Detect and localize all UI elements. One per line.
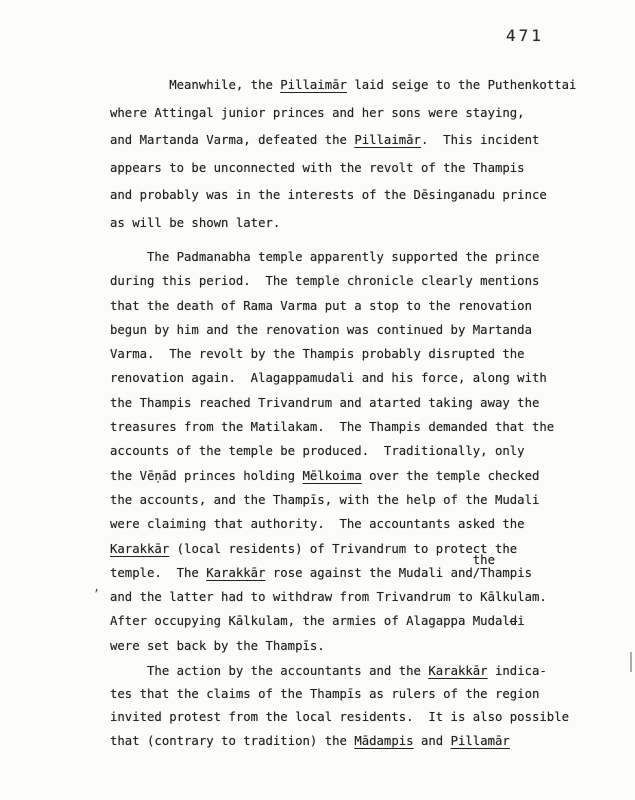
text-line: begun by him and the renovation was cont… [110, 318, 590, 342]
underlined-term: Pillamār [451, 734, 510, 748]
text-run: appears to be unconnected with the revol… [110, 161, 525, 175]
text-run: the Vēṇād princes holding [110, 469, 303, 483]
text-run: that the death of Rama Varma put a stop … [110, 299, 532, 313]
text-line: accounts of the temple be produced. Trad… [110, 439, 590, 463]
text-line: renovation again. Alagappamudali and his… [110, 366, 590, 390]
text-run: accounts of the temple be produced. Trad… [110, 444, 525, 458]
text-run: Varma. The revolt by the Thampis probabl… [110, 347, 525, 361]
page-number: 471 [506, 26, 544, 45]
underlined-term: Pillaimār [280, 78, 347, 92]
text-run: temple. The [110, 566, 206, 580]
text-run: the Thampis reached Trivandrum and atart… [110, 396, 539, 410]
text-line: the Vēṇād princes holding Mēlkoima over … [110, 464, 590, 488]
text-line: The Padmanabha temple apparently support… [110, 245, 590, 269]
margin-stray-mark: , [93, 580, 100, 594]
text-line: the Thampis reached Trivandrum and atart… [110, 391, 590, 415]
text-run: as will be shown later. [110, 216, 280, 230]
text-run: renovation again. Alagappamudali and his… [110, 371, 547, 385]
text-line: the accounts, and the Thampīs, with the … [110, 488, 590, 512]
text-run: over the temple checked [362, 469, 540, 483]
text-line: as will be shown later. [110, 210, 590, 238]
text-run: were claiming that authority. The accoun… [110, 517, 525, 531]
underlined-term: Karakkār [428, 664, 487, 678]
underlined-term: Pillaimār [354, 133, 421, 147]
text-run: Meanwhile, the [110, 78, 280, 92]
text-line: were set back by the Thampīs. [110, 634, 590, 658]
text-run: indica- [488, 664, 547, 678]
underlined-term: Karakkār [110, 542, 169, 556]
text-run: where Attingal junior princes and her so… [110, 106, 525, 120]
text-run: invited protest from the local residents… [110, 710, 569, 724]
text-line: and probably was in the interests of the… [110, 182, 590, 210]
text-run: that (contrary to tradition) the [110, 734, 354, 748]
text-block: Meanwhile, the Pillaimār laid seige to t… [110, 72, 590, 753]
paragraph: The action by the accountants and the Ka… [110, 660, 590, 753]
text-line: Varma. The revolt by the Thampis probabl… [110, 342, 590, 366]
text-line: during this period. The temple chronicle… [110, 269, 590, 293]
underlined-term: Mēlkoima [303, 469, 362, 483]
text-run: the accounts, and the Thampīs, with the … [110, 493, 539, 507]
text-run: . This incident [421, 133, 539, 147]
text-line: appears to be unconnected with the revol… [110, 155, 590, 183]
text-line: where Attingal junior princes and her so… [110, 100, 590, 128]
text-line: Meanwhile, the Pillaimār laid seige to t… [110, 72, 590, 100]
text-run: were set back by the Thampīs. [110, 639, 325, 653]
text-line: treasures from the Matilakam. The Thampi… [110, 415, 590, 439]
text-run: begun by him and the renovation was cont… [110, 323, 532, 337]
underlined-term: Karakkār [206, 566, 265, 580]
text-run: and the latter had to withdraw from Triv… [110, 590, 547, 604]
text-run: treasures from the Matilakam. The Thampi… [110, 420, 554, 434]
text-run: during this period. The temple chronicle… [110, 274, 539, 288]
text-run: and [414, 734, 451, 748]
text-line: that (contrary to tradition) the Mādampi… [110, 730, 590, 753]
inserted-word: the [473, 548, 495, 572]
underlined-term: Mādampis [354, 734, 413, 748]
text-line: tes that the claims of the Thampīs as ru… [110, 683, 590, 706]
text-run: laid seige to the Puthenkottai [347, 78, 577, 92]
scan-artifact [630, 652, 632, 672]
text-line: After occupying Kālkulam, the armies of … [110, 609, 590, 633]
text-run: i [517, 614, 524, 628]
text-line: and the latter had to withdraw from Triv… [110, 585, 590, 609]
text-run: tes that the claims of the Thampīs as ru… [110, 687, 539, 701]
paragraph: The Padmanabha temple apparently support… [110, 245, 590, 658]
text-run: The action by the accountants and the [110, 664, 428, 678]
text-run: After occupying Kālkulam, the armies of … [110, 614, 510, 628]
text-run: rose against the Mudali and [265, 566, 472, 580]
text-line: and Martanda Varma, defeated the Pillaim… [110, 127, 590, 155]
text-line: invited protest from the local residents… [110, 706, 590, 729]
paragraph: Meanwhile, the Pillaimār laid seige to t… [110, 72, 590, 237]
text-line: Karakkār (local residents) of Trivandrum… [110, 537, 590, 561]
text-run: and Martanda Varma, defeated the [110, 133, 354, 147]
text-run: and probably was in the interests of the… [110, 188, 547, 202]
scanned-document-page: 471 Meanwhile, the Pillaimār laid seige … [0, 0, 635, 800]
text-line: temple. The Karakkār rose against the Mu… [110, 561, 590, 585]
text-run: (local residents) of Trivandrum to prote… [169, 542, 517, 556]
text-run: The Padmanabha temple apparently support… [110, 250, 539, 264]
text-line: The action by the accountants and the Ka… [110, 660, 590, 683]
text-line: that the death of Rama Varma put a stop … [110, 294, 590, 318]
text-line: were claiming that authority. The accoun… [110, 512, 590, 536]
